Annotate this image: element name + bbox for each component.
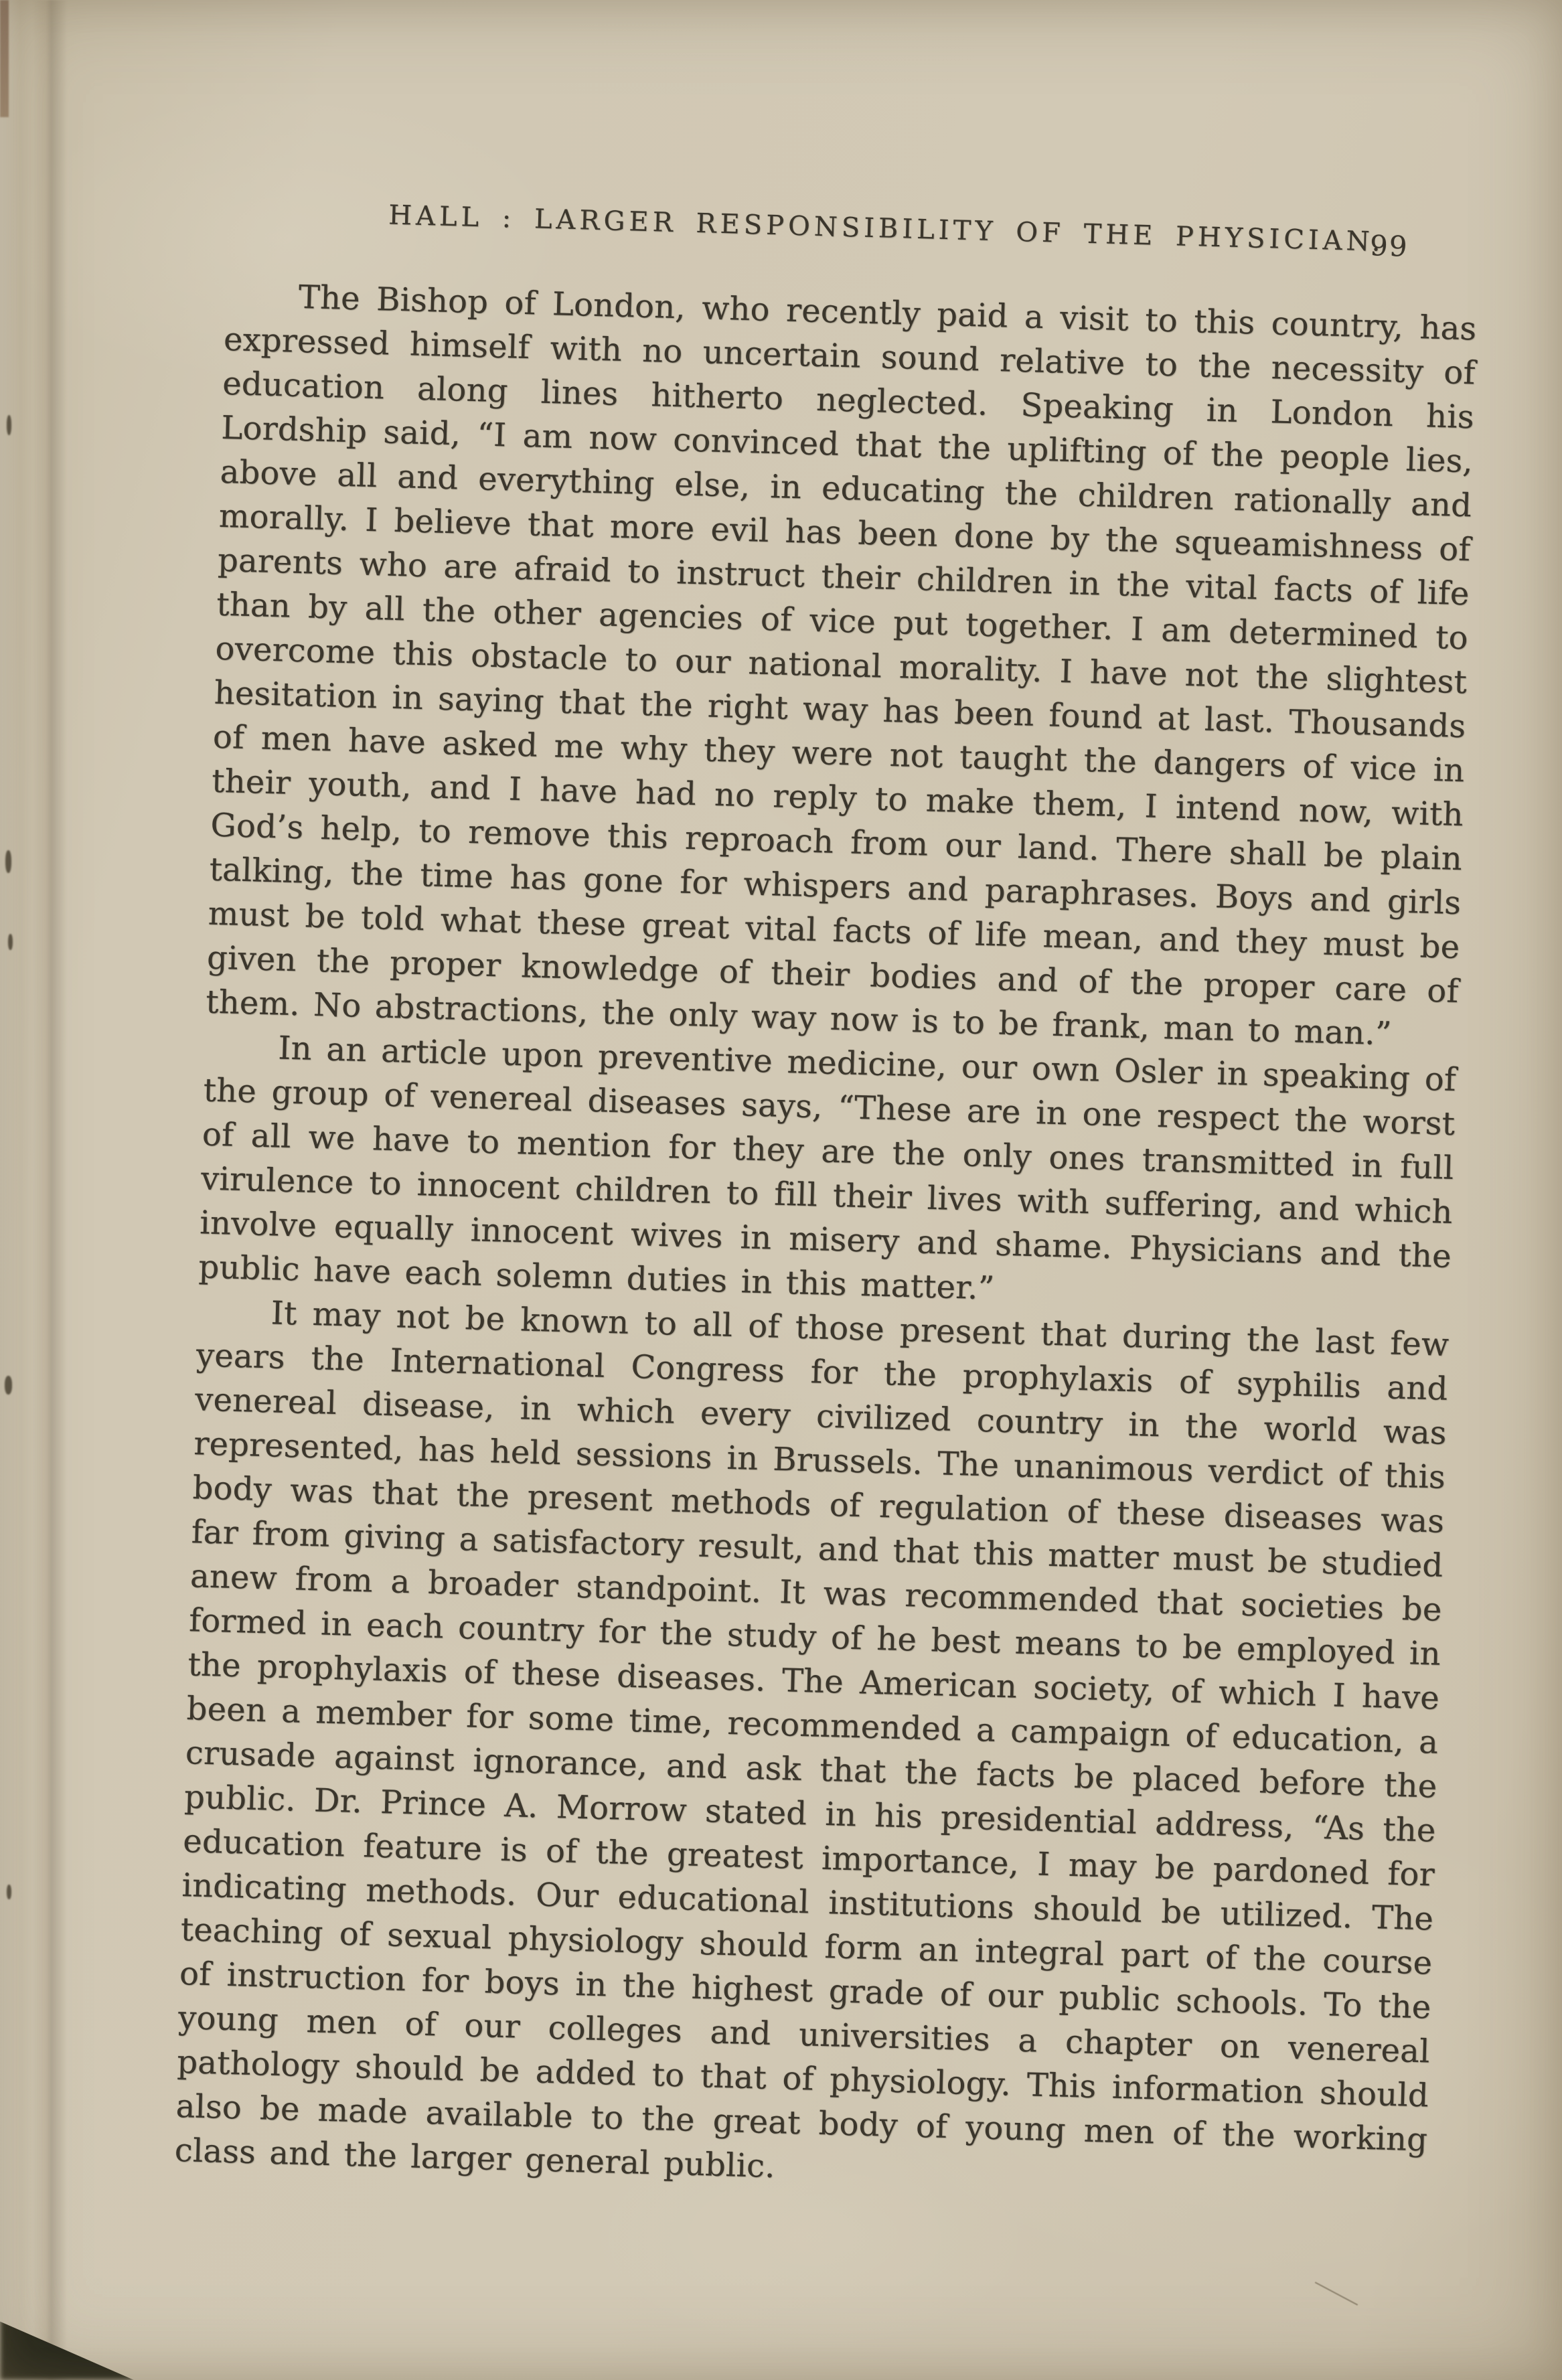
running-header: HALL : LARGER RESPONSIBILITY OF THE PHYS… xyxy=(227,195,1480,266)
ink-speck xyxy=(8,934,13,950)
paragraph: The Bishop of London, who recently paid … xyxy=(206,273,1478,1058)
scanned-book-page: HALL : LARGER RESPONSIBILITY OF THE PHYS… xyxy=(0,0,1562,2380)
running-title: HALL : LARGER RESPONSIBILITY OF THE PHYS… xyxy=(388,200,1385,258)
binding-crease xyxy=(32,0,67,2380)
ink-speck xyxy=(7,415,11,435)
text-layer: HALL : LARGER RESPONSIBILITY OF THE PHYS… xyxy=(174,195,1479,2207)
binding-sliver xyxy=(0,0,9,117)
page-edge-highlight xyxy=(0,0,20,2380)
body-text: The Bishop of London, who recently paid … xyxy=(174,273,1477,2207)
ink-speck xyxy=(7,1885,11,1899)
paragraph: In an article upon preventive medicine, … xyxy=(198,1024,1457,1323)
paragraph: It may not be known to all of those pres… xyxy=(174,1289,1450,2206)
ink-speck xyxy=(5,850,11,873)
page-number: 99 xyxy=(1369,229,1409,263)
book-cover-corner xyxy=(0,2316,134,2380)
ink-speck xyxy=(5,1376,12,1395)
paper-scratch xyxy=(1315,2282,1358,2306)
